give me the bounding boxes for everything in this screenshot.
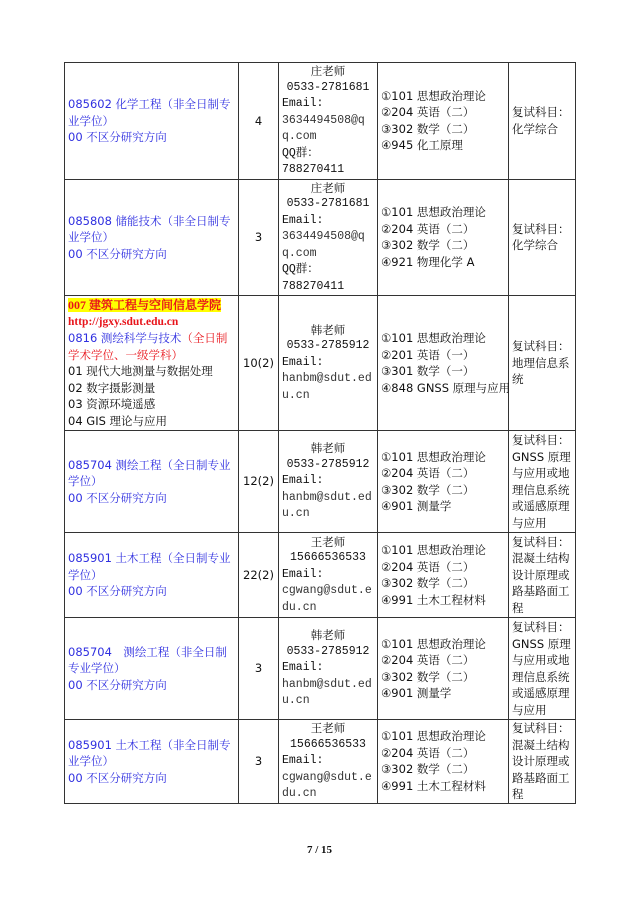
exam-subject: ①101 思想政治理论 bbox=[381, 636, 505, 653]
contact-email[interactable]: cgwang@sdut.edu.cn bbox=[282, 583, 374, 616]
exam-subject: ②204 英语（二） bbox=[381, 559, 505, 576]
college-url-link[interactable]: http://jgxy.sdut.edu.cn bbox=[68, 314, 235, 331]
quota-cell: 3 bbox=[239, 179, 279, 296]
program-name: 085704 测绘工程（全日制专业学位） bbox=[68, 457, 235, 490]
research-direction: 00 不区分研究方向 bbox=[68, 129, 235, 146]
program-cell: 085901 土木工程（非全日制专业学位） 00 不区分研究方向 bbox=[65, 720, 239, 804]
contact-phone: 0533-2785912 bbox=[282, 644, 374, 661]
contact-cell: 庄老师 0533-2781681 Email: 3634494508@qq.co… bbox=[279, 179, 378, 296]
contact-phone: 0533-2785912 bbox=[282, 338, 374, 355]
contact-qq: QQ群：788270411 bbox=[282, 262, 374, 295]
contact-phone: 0533-2781681 bbox=[282, 196, 374, 213]
exam-subject: ②204 英语（二） bbox=[381, 465, 505, 482]
email-label: Email: bbox=[282, 567, 374, 584]
exam-subject: ①101 思想政治理论 bbox=[381, 330, 505, 347]
contact-name: 韩老师 bbox=[282, 440, 374, 457]
program-name: 085901 土木工程（全日制专业学位） bbox=[68, 550, 235, 583]
exam-subject: ③302 数学（二） bbox=[381, 575, 505, 592]
exam-subject: ③301 数学（一） bbox=[381, 363, 505, 380]
research-direction: 01 现代大地测量与数据处理 bbox=[68, 363, 235, 380]
contact-email[interactable]: hanbm@sdut.edu.cn bbox=[282, 677, 374, 710]
program-name: 0816 测绘科学与技术 bbox=[68, 331, 181, 345]
retest-cell: 复试科目：混凝土结构设计原理或路基路面工程 bbox=[509, 533, 576, 618]
table-row: 085602 化学工程（非全日制专业学位） 00 不区分研究方向 4 庄老师 0… bbox=[65, 63, 576, 180]
contact-cell: 韩老师 0533-2785912 Email: hanbm@sdut.edu.c… bbox=[279, 618, 378, 720]
college-name: 007 建筑工程与空间信息学院 bbox=[68, 298, 221, 312]
program-name: 085901 土木工程（非全日制专业学位） bbox=[68, 737, 235, 770]
exam-subject: ①101 思想政治理论 bbox=[381, 88, 505, 105]
table-row: 085901 土木工程（全日制专业学位） 00 不区分研究方向 22(2) 王老… bbox=[65, 533, 576, 618]
page-number: 7 / 15 bbox=[0, 844, 639, 856]
contact-phone: 15666536533 bbox=[282, 737, 374, 754]
program-cell: 085602 化学工程（非全日制专业学位） 00 不区分研究方向 bbox=[65, 63, 239, 180]
table-row: 085808 储能技术（非全日制专业学位） 00 不区分研究方向 3 庄老师 0… bbox=[65, 179, 576, 296]
exam-subjects-cell: ①101 思想政治理论 ②204 英语（二） ③302 数学（二） ④945 化… bbox=[378, 63, 509, 180]
exam-subject: ③302 数学（二） bbox=[381, 482, 505, 499]
contact-name: 庄老师 bbox=[282, 180, 374, 197]
exam-subjects-cell: ①101 思想政治理论 ②204 英语（二） ③302 数学（二） ④991 土… bbox=[378, 533, 509, 618]
contact-name: 韩老师 bbox=[282, 322, 374, 339]
retest-cell: 复试科目：化学综合 bbox=[509, 179, 576, 296]
contact-phone: 0533-2781681 bbox=[282, 80, 374, 97]
exam-subject: ②204 英语（二） bbox=[381, 745, 505, 762]
contact-name: 王老师 bbox=[282, 720, 374, 737]
quota-cell: 22(2) bbox=[239, 533, 279, 618]
exam-subject: ④901 测量学 bbox=[381, 685, 505, 702]
exam-subjects-cell: ①101 思想政治理论 ②201 英语（一） ③301 数学（一） ④848 G… bbox=[378, 296, 509, 431]
exam-subject: ①101 思想政治理论 bbox=[381, 728, 505, 745]
exam-subject: ④991 土木工程材料 bbox=[381, 592, 505, 609]
email-label: Email: bbox=[282, 473, 374, 490]
exam-subject: ④991 土木工程材料 bbox=[381, 778, 505, 795]
exam-subject: ②201 英语（一） bbox=[381, 347, 505, 364]
contact-email[interactable]: 3634494508@qq.com bbox=[282, 229, 374, 262]
retest-cell: 复试科目：化学综合 bbox=[509, 63, 576, 180]
exam-subject: ④945 化工原理 bbox=[381, 137, 505, 154]
email-label: Email: bbox=[282, 355, 374, 372]
contact-cell: 韩老师 0533-2785912 Email: hanbm@sdut.edu.c… bbox=[279, 431, 378, 533]
research-direction: 00 不区分研究方向 bbox=[68, 770, 235, 787]
quota-cell: 3 bbox=[239, 618, 279, 720]
contact-phone: 15666536533 bbox=[282, 550, 374, 567]
retest-cell: 复试科目：混凝土结构设计原理或路基路面工程 bbox=[509, 720, 576, 804]
program-cell: 085704 测绘工程（非全日制专业学位） 00 不区分研究方向 bbox=[65, 618, 239, 720]
research-direction: 00 不区分研究方向 bbox=[68, 583, 235, 600]
exam-subjects-cell: ①101 思想政治理论 ②204 英语（二） ③302 数学（二） ④901 测… bbox=[378, 431, 509, 533]
exam-subject: ③302 数学（二） bbox=[381, 669, 505, 686]
exam-subject: ④848 GNSS 原理与应用 bbox=[381, 380, 505, 397]
quota-cell: 10(2) bbox=[239, 296, 279, 431]
email-label: Email: bbox=[282, 213, 374, 230]
program-cell: 007 建筑工程与空间信息学院 http://jgxy.sdut.edu.cn … bbox=[65, 296, 239, 431]
email-label: Email: bbox=[282, 753, 374, 770]
research-direction: 02 数字摄影测量 bbox=[68, 380, 235, 397]
exam-subject: ②204 英语（二） bbox=[381, 104, 505, 121]
retest-cell: 复试科目：GNSS 原理与应用或地理信息系统或遥感原理与应用 bbox=[509, 431, 576, 533]
table-row: 007 建筑工程与空间信息学院 http://jgxy.sdut.edu.cn … bbox=[65, 296, 576, 431]
exam-subject: ③302 数学（二） bbox=[381, 121, 505, 138]
contact-email[interactable]: cgwang@sdut.edu.cn bbox=[282, 770, 374, 803]
exam-subject: ①101 思想政治理论 bbox=[381, 542, 505, 559]
research-direction: 00 不区分研究方向 bbox=[68, 246, 235, 263]
contact-email[interactable]: hanbm@sdut.edu.cn bbox=[282, 490, 374, 523]
exam-subjects-cell: ①101 思想政治理论 ②204 英语（二） ③302 数学（二） ④901 测… bbox=[378, 618, 509, 720]
research-direction: 03 资源环境遥感 bbox=[68, 396, 235, 413]
exam-subject: ④921 物理化学 A bbox=[381, 254, 505, 271]
exam-subject: ③302 数学（二） bbox=[381, 761, 505, 778]
quota-cell: 12(2) bbox=[239, 431, 279, 533]
contact-cell: 庄老师 0533-2781681 Email: 3634494508@qq.co… bbox=[279, 63, 378, 180]
program-name: 085602 化学工程（非全日制专业学位） bbox=[68, 96, 235, 129]
admissions-table: 085602 化学工程（非全日制专业学位） 00 不区分研究方向 4 庄老师 0… bbox=[64, 62, 576, 804]
quota-cell: 3 bbox=[239, 720, 279, 804]
exam-subject: ②204 英语（二） bbox=[381, 652, 505, 669]
contact-cell: 王老师 15666536533 Email: cgwang@sdut.edu.c… bbox=[279, 720, 378, 804]
research-direction: 04 GIS 理论与应用 bbox=[68, 413, 235, 430]
table-row: 085704 测绘工程（非全日制专业学位） 00 不区分研究方向 3 韩老师 0… bbox=[65, 618, 576, 720]
retest-cell: 复试科目：GNSS 原理与应用或地理信息系统或遥感原理与应用 bbox=[509, 618, 576, 720]
exam-subject: ④901 测量学 bbox=[381, 498, 505, 515]
exam-subject: ①101 思想政治理论 bbox=[381, 204, 505, 221]
contact-email[interactable]: 3634494508@qq.com bbox=[282, 113, 374, 146]
program-cell: 085808 储能技术（非全日制专业学位） 00 不区分研究方向 bbox=[65, 179, 239, 296]
exam-subjects-cell: ①101 思想政治理论 ②204 英语（二） ③302 数学（二） ④991 土… bbox=[378, 720, 509, 804]
contact-phone: 0533-2785912 bbox=[282, 457, 374, 474]
contact-qq: QQ群：788270411 bbox=[282, 146, 374, 179]
program-cell: 085901 土木工程（全日制专业学位） 00 不区分研究方向 bbox=[65, 533, 239, 618]
exam-subject: ③302 数学（二） bbox=[381, 237, 505, 254]
contact-name: 韩老师 bbox=[282, 627, 374, 644]
email-label: Email: bbox=[282, 660, 374, 677]
email-label: Email: bbox=[282, 96, 374, 113]
quota-cell: 4 bbox=[239, 63, 279, 180]
table-row: 085704 测绘工程（全日制专业学位） 00 不区分研究方向 12(2) 韩老… bbox=[65, 431, 576, 533]
research-direction: 00 不区分研究方向 bbox=[68, 677, 235, 694]
research-direction: 00 不区分研究方向 bbox=[68, 490, 235, 507]
contact-name: 王老师 bbox=[282, 534, 374, 551]
exam-subject: ②204 英语（二） bbox=[381, 221, 505, 238]
exam-subjects-cell: ①101 思想政治理论 ②204 英语（二） ③302 数学（二） ④921 物… bbox=[378, 179, 509, 296]
program-name: 085704 测绘工程（非全日制专业学位） bbox=[68, 644, 235, 677]
program-cell: 085704 测绘工程（全日制专业学位） 00 不区分研究方向 bbox=[65, 431, 239, 533]
contact-email[interactable]: hanbm@sdut.edu.cn bbox=[282, 371, 374, 404]
contact-name: 庄老师 bbox=[282, 63, 374, 80]
table-row: 085901 土木工程（非全日制专业学位） 00 不区分研究方向 3 王老师 1… bbox=[65, 720, 576, 804]
retest-cell: 复试科目：地理信息系统 bbox=[509, 296, 576, 431]
contact-cell: 王老师 15666536533 Email: cgwang@sdut.edu.c… bbox=[279, 533, 378, 618]
contact-cell: 韩老师 0533-2785912 Email: hanbm@sdut.edu.c… bbox=[279, 296, 378, 431]
exam-subject: ①101 思想政治理论 bbox=[381, 449, 505, 466]
program-name: 085808 储能技术（非全日制专业学位） bbox=[68, 213, 235, 246]
